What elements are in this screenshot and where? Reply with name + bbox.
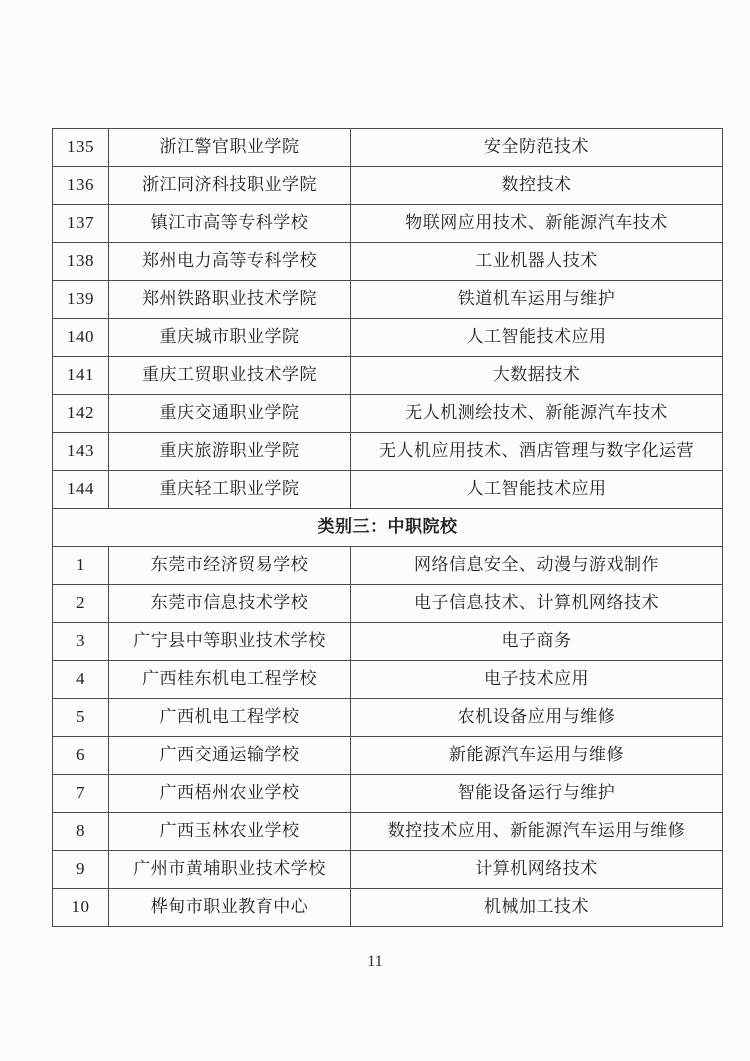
- section-header-body: 类别三：中职院校: [53, 509, 723, 547]
- majors-cell: 人工智能技术应用: [351, 471, 723, 509]
- majors-cell: 电子商务: [351, 623, 723, 661]
- majors-cell: 大数据技术: [351, 357, 723, 395]
- majors-cell: 无人机应用技术、酒店管理与数字化运营: [351, 433, 723, 471]
- majors-cell: 无人机测绘技术、新能源汽车技术: [351, 395, 723, 433]
- section-header-row: 类别三：中职院校: [53, 509, 723, 547]
- majors-cell: 新能源汽车运用与维修: [351, 737, 723, 775]
- row-number-cell: 4: [53, 661, 109, 699]
- majors-cell: 人工智能技术应用: [351, 319, 723, 357]
- table-row: 5广西机电工程学校农机设备应用与维修: [53, 699, 723, 737]
- school-cell: 郑州电力高等专科学校: [109, 243, 351, 281]
- row-number-cell: 9: [53, 851, 109, 889]
- table-row: 4广西桂东机电工程学校电子技术应用: [53, 661, 723, 699]
- row-number-cell: 135: [53, 129, 109, 167]
- majors-cell: 电子技术应用: [351, 661, 723, 699]
- row-number-cell: 1: [53, 547, 109, 585]
- row-number-cell: 7: [53, 775, 109, 813]
- row-number-cell: 143: [53, 433, 109, 471]
- majors-cell: 农机设备应用与维修: [351, 699, 723, 737]
- table-row: 8广西玉林农业学校数控技术应用、新能源汽车运用与维修: [53, 813, 723, 851]
- document-page: 135浙江警官职业学院安全防范技术136浙江同济科技职业学院数控技术137镇江市…: [0, 0, 750, 1061]
- table-row: 138郑州电力高等专科学校工业机器人技术: [53, 243, 723, 281]
- table-row: 6广西交通运输学校新能源汽车运用与维修: [53, 737, 723, 775]
- majors-cell: 机械加工技术: [351, 889, 723, 927]
- school-cell: 广西桂东机电工程学校: [109, 661, 351, 699]
- row-number-cell: 138: [53, 243, 109, 281]
- table-row: 10桦甸市职业教育中心机械加工技术: [53, 889, 723, 927]
- table-row: 139郑州铁路职业技术学院铁道机车运用与维护: [53, 281, 723, 319]
- table-row: 9广州市黄埔职业技术学校计算机网络技术: [53, 851, 723, 889]
- row-number-cell: 142: [53, 395, 109, 433]
- table-row: 137镇江市高等专科学校物联网应用技术、新能源汽车技术: [53, 205, 723, 243]
- school-cell: 东莞市信息技术学校: [109, 585, 351, 623]
- majors-cell: 铁道机车运用与维护: [351, 281, 723, 319]
- higher-vocational-rows: 135浙江警官职业学院安全防范技术136浙江同济科技职业学院数控技术137镇江市…: [53, 129, 723, 509]
- row-number-cell: 8: [53, 813, 109, 851]
- row-number-cell: 137: [53, 205, 109, 243]
- school-cell: 广州市黄埔职业技术学校: [109, 851, 351, 889]
- school-cell: 重庆旅游职业学院: [109, 433, 351, 471]
- row-number-cell: 10: [53, 889, 109, 927]
- majors-cell: 数控技术应用、新能源汽车运用与维修: [351, 813, 723, 851]
- row-number-cell: 140: [53, 319, 109, 357]
- table-row: 3广宁县中等职业技术学校电子商务: [53, 623, 723, 661]
- row-number-cell: 139: [53, 281, 109, 319]
- table-row: 140重庆城市职业学院人工智能技术应用: [53, 319, 723, 357]
- majors-cell: 电子信息技术、计算机网络技术: [351, 585, 723, 623]
- school-cell: 广西玉林农业学校: [109, 813, 351, 851]
- row-number-cell: 2: [53, 585, 109, 623]
- secondary-vocational-rows: 1东莞市经济贸易学校网络信息安全、动漫与游戏制作2东莞市信息技术学校电子信息技术…: [53, 547, 723, 927]
- school-cell: 桦甸市职业教育中心: [109, 889, 351, 927]
- school-cell: 广西机电工程学校: [109, 699, 351, 737]
- table-row: 136浙江同济科技职业学院数控技术: [53, 167, 723, 205]
- majors-cell: 计算机网络技术: [351, 851, 723, 889]
- school-cell: 重庆轻工职业学院: [109, 471, 351, 509]
- school-cell: 东莞市经济贸易学校: [109, 547, 351, 585]
- row-number-cell: 3: [53, 623, 109, 661]
- row-number-cell: 144: [53, 471, 109, 509]
- table-row: 1东莞市经济贸易学校网络信息安全、动漫与游戏制作: [53, 547, 723, 585]
- table-row: 142重庆交通职业学院无人机测绘技术、新能源汽车技术: [53, 395, 723, 433]
- table-row: 144重庆轻工职业学院人工智能技术应用: [53, 471, 723, 509]
- majors-cell: 工业机器人技术: [351, 243, 723, 281]
- school-cell: 广西梧州农业学校: [109, 775, 351, 813]
- section-header: 类别三：中职院校: [53, 509, 723, 547]
- school-cell: 重庆城市职业学院: [109, 319, 351, 357]
- majors-cell: 物联网应用技术、新能源汽车技术: [351, 205, 723, 243]
- table-row: 143重庆旅游职业学院无人机应用技术、酒店管理与数字化运营: [53, 433, 723, 471]
- school-cell: 郑州铁路职业技术学院: [109, 281, 351, 319]
- table-row: 7广西梧州农业学校智能设备运行与维护: [53, 775, 723, 813]
- majors-cell: 网络信息安全、动漫与游戏制作: [351, 547, 723, 585]
- table-row: 135浙江警官职业学院安全防范技术: [53, 129, 723, 167]
- table-row: 2东莞市信息技术学校电子信息技术、计算机网络技术: [53, 585, 723, 623]
- school-cell: 重庆交通职业学院: [109, 395, 351, 433]
- school-cell: 浙江同济科技职业学院: [109, 167, 351, 205]
- school-cell: 广宁县中等职业技术学校: [109, 623, 351, 661]
- majors-cell: 数控技术: [351, 167, 723, 205]
- majors-cell: 安全防范技术: [351, 129, 723, 167]
- school-cell: 浙江警官职业学院: [109, 129, 351, 167]
- row-number-cell: 6: [53, 737, 109, 775]
- row-number-cell: 5: [53, 699, 109, 737]
- majors-cell: 智能设备运行与维护: [351, 775, 723, 813]
- row-number-cell: 141: [53, 357, 109, 395]
- school-cell: 广西交通运输学校: [109, 737, 351, 775]
- row-number-cell: 136: [53, 167, 109, 205]
- page-number: 11: [0, 953, 750, 971]
- table-row: 141重庆工贸职业技术学院大数据技术: [53, 357, 723, 395]
- school-majors-table: 135浙江警官职业学院安全防范技术136浙江同济科技职业学院数控技术137镇江市…: [52, 128, 723, 927]
- school-cell: 镇江市高等专科学校: [109, 205, 351, 243]
- school-cell: 重庆工贸职业技术学院: [109, 357, 351, 395]
